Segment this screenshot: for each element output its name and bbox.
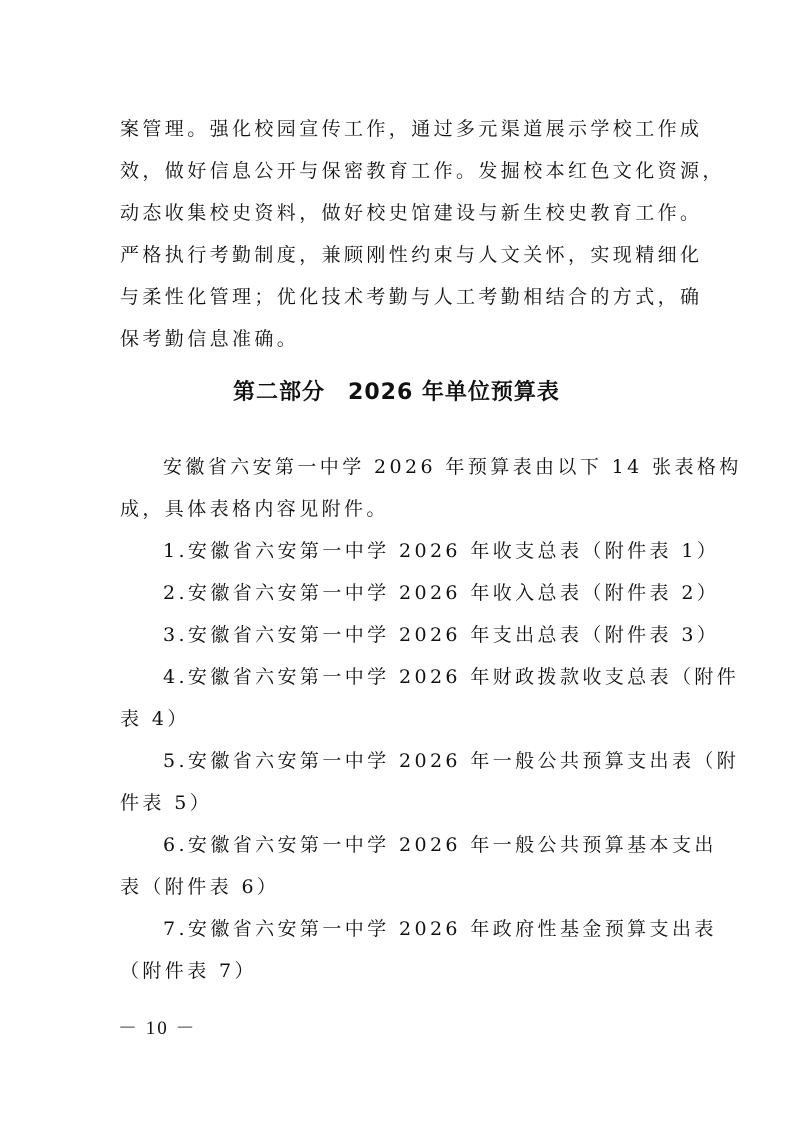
intro-text-line: 成，具体表格内容见附件。 (120, 496, 676, 522)
list-item-continuation: （附件表 7） (120, 958, 676, 984)
body-text-line: 效，做好信息公开与保密教育工作。发掘校本红色文化资源， (120, 158, 676, 184)
body-text-line: 保考勤信息准确。 (120, 326, 676, 352)
list-item: 7.安徽省六安第一中学 2026 年政府性基金预算支出表 (163, 916, 676, 942)
list-item: 2.安徽省六安第一中学 2026 年收入总表（附件表 2） (163, 580, 676, 606)
document-page: 案管理。强化校园宣传工作，通过多元渠道展示学校工作成 效，做好信息公开与保密教育… (0, 0, 793, 1122)
list-item: 6.安徽省六安第一中学 2026 年一般公共预算基本支出 (163, 832, 676, 858)
list-item-continuation: 表（附件表 6） (120, 874, 676, 900)
body-text-line: 动态收集校史资料，做好校史馆建设与新生校史教育工作。 (120, 200, 676, 226)
body-text-line: 严格执行考勤制度，兼顾刚性约束与人文关怀，实现精细化 (120, 242, 676, 268)
list-item-continuation: 件表 5） (120, 790, 676, 816)
body-text-line: 与柔性化管理；优化技术考勤与人工考勤相结合的方式，确 (120, 284, 676, 310)
list-item: 4.安徽省六安第一中学 2026 年财政拨款收支总表（附件 (163, 664, 676, 690)
list-item: 5.安徽省六安第一中学 2026 年一般公共预算支出表（附 (163, 748, 676, 774)
list-item-continuation: 表 4） (120, 706, 676, 732)
list-item: 1.安徽省六安第一中学 2026 年收支总表（附件表 1） (163, 538, 676, 564)
intro-text-line: 安徽省六安第一中学 2026 年预算表由以下 14 张表格构 (163, 454, 676, 480)
page-number: － 10 － (118, 1017, 197, 1041)
list-item: 3.安徽省六安第一中学 2026 年支出总表（附件表 3） (163, 622, 676, 648)
section-title: 第二部分 2026 年单位预算表 (0, 378, 793, 408)
body-text-line: 案管理。强化校园宣传工作，通过多元渠道展示学校工作成 (120, 116, 676, 142)
